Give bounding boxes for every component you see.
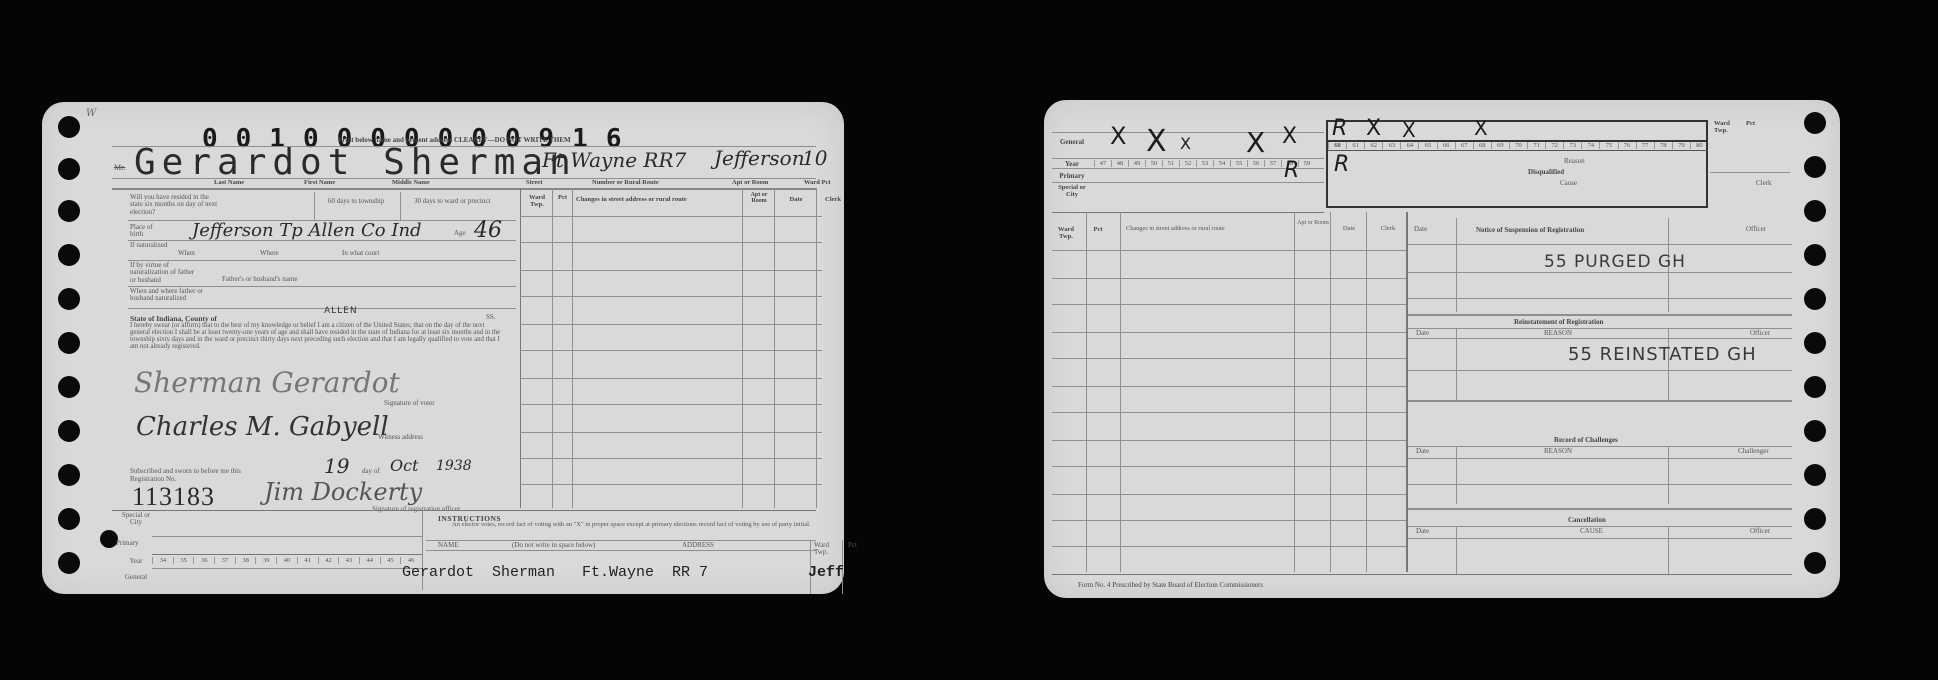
label-last-name: Last Name — [214, 179, 244, 186]
naturalized-when: When — [178, 250, 195, 257]
punch-hole — [1804, 420, 1826, 442]
officer-signature: Jim Dockerty — [264, 478, 422, 506]
back-voting-grid-right — [1326, 120, 1708, 208]
year-cell: 34 — [152, 557, 173, 564]
year-cell: 79 — [1672, 142, 1690, 149]
year-cell: 75 — [1599, 142, 1617, 149]
year-cell: 35 — [173, 557, 194, 564]
year-cell: 47 — [1094, 160, 1111, 167]
year-cell: 45 — [380, 557, 401, 564]
oath-county: ALLEN — [324, 306, 358, 316]
challenges-date-label: Date — [1416, 448, 1429, 455]
changes-header-pct: Pct — [553, 194, 572, 201]
challenges-challenger-label: Challenger — [1738, 448, 1769, 455]
punch-hole — [58, 332, 80, 354]
year-cell: 68 — [1473, 142, 1491, 149]
challenges-title: Record of Challenges — [1554, 436, 1618, 444]
year-cell: 77 — [1636, 142, 1654, 149]
subscribed-year: 1938 — [436, 458, 472, 474]
birth-label: Place of birth — [130, 224, 160, 239]
instructions-text: An elector votes, record fact of voting … — [452, 522, 832, 529]
year-cell: 80 — [1690, 142, 1708, 149]
year-cell: 72 — [1545, 142, 1563, 149]
vote-mark: X — [1282, 124, 1297, 149]
punch-hole — [58, 288, 80, 310]
grid-label-year: Year — [116, 558, 156, 565]
changes-header-date: Date — [776, 196, 816, 203]
cancellation-officer-label: Officer — [1750, 528, 1770, 535]
punch-hole — [1804, 376, 1826, 398]
changes-header-clerk: Clerk — [818, 196, 848, 203]
pct-label: Pct — [848, 542, 857, 549]
punch-hole — [58, 158, 80, 180]
label-street: Street — [526, 179, 542, 186]
punch-hole — [58, 376, 80, 398]
label-number: Number or Rural Route — [592, 179, 659, 186]
challenges-reason-label: REASON — [1544, 448, 1572, 455]
punch-hole — [1804, 288, 1826, 310]
year-cell: 50 — [1145, 160, 1162, 167]
label-ward-pct: Ward Pct — [804, 179, 831, 186]
year-cell: 60 — [1328, 142, 1346, 149]
label-apt: Apt or Room — [732, 179, 768, 186]
grid-label-primary: Primary — [116, 540, 156, 547]
father-status: If by virtue of naturalization of father… — [130, 262, 198, 284]
handwritten-ward-pct: 10 — [802, 146, 827, 170]
back-changes-header-apt: Apt or Room — [1296, 220, 1330, 226]
subscribed-label: Subscribed and sworn to before me this — [130, 467, 241, 475]
residency-ward: 30 days to ward or precinct — [414, 198, 494, 205]
name-prefix: Mr. — [114, 164, 125, 172]
cause-label: Cause — [1560, 180, 1577, 187]
birth-place: Jefferson Tp Allen Co Ind — [192, 220, 422, 241]
year-cell: 42 — [318, 557, 339, 564]
naturalized-label: If naturalized — [130, 242, 170, 249]
naturalized-where: Where — [260, 250, 279, 257]
punch-hole — [58, 420, 80, 442]
changes-header-apt: Apt or Room — [744, 192, 774, 204]
year-cell: 63 — [1382, 142, 1400, 149]
reinstatement-title: Reinstatement of Registration — [1514, 318, 1603, 326]
reason-label: Reason — [1564, 158, 1585, 165]
grid-label-special: Special or City — [116, 512, 156, 527]
reinstatement-date-label: Date — [1416, 330, 1429, 337]
cancellation-cause-label: CAUSE — [1580, 528, 1603, 535]
punch-hole — [1804, 200, 1826, 222]
back-clerk: Clerk — [1756, 180, 1772, 187]
handwritten-street: Ft Wayne RR7 — [542, 148, 686, 172]
back-grid-label-primary: Primary — [1052, 172, 1092, 180]
year-cell: 64 — [1400, 142, 1418, 149]
cancellation-date-label: Date — [1416, 528, 1429, 535]
year-cell: 49 — [1128, 160, 1145, 167]
cancellation-title: Cancellation — [1568, 516, 1606, 524]
voter-signature: Sherman Gerardot — [134, 366, 400, 399]
year-cell: 37 — [214, 557, 235, 564]
do-not-write-label: (Do not write in space below) — [512, 542, 595, 549]
typed-township: Jeff — [808, 564, 844, 581]
year-cell: 40 — [276, 557, 297, 564]
year-cell: 46 — [400, 557, 421, 564]
reinstatement-officer-label: Officer — [1750, 330, 1770, 337]
suspension-stamp: 55 PURGED GH — [1544, 252, 1686, 272]
suspension-date-label: Date — [1414, 226, 1427, 233]
witness-label: Witness address — [378, 434, 423, 441]
year-cell: 61 — [1346, 142, 1364, 149]
vote-mark: X — [1110, 122, 1126, 150]
year-cell: 43 — [338, 557, 359, 564]
registration-card-back: General Year Primary Special or City 47 … — [1044, 100, 1840, 598]
front-year-row: 34 35 36 37 38 39 40 41 42 43 44 45 46 — [152, 557, 422, 564]
punch-hole — [1804, 332, 1826, 354]
registration-card-front: W 0010000000916 Print below name and pre… — [42, 102, 844, 594]
grid-label-general: General — [116, 574, 156, 581]
punch-hole — [58, 116, 80, 138]
registration-number: 113183 — [132, 482, 215, 512]
back-changes-header-pct: Pct — [1086, 226, 1110, 233]
punch-hole — [1804, 156, 1826, 178]
year-cell: 53 — [1196, 160, 1213, 167]
label-first-name: First Name — [304, 179, 335, 186]
handwritten-township: Jefferson — [714, 146, 805, 170]
vote-mark: X — [1366, 116, 1381, 141]
year-cell: 71 — [1527, 142, 1545, 149]
punch-hole — [1804, 552, 1826, 574]
back-pct: Pct — [1746, 120, 1755, 127]
vote-mark: X — [1402, 118, 1416, 142]
changes-header-address: Changes in street address or rural route — [576, 196, 740, 203]
subscribed-month: Oct — [390, 456, 419, 475]
form-footer: Form No. 4 Prescribed by State Board of … — [1078, 582, 1263, 589]
primary-mark: R — [1284, 158, 1299, 183]
year-cell: 78 — [1654, 142, 1672, 149]
year-cell: 74 — [1581, 142, 1599, 149]
punch-hole — [58, 200, 80, 222]
address-label: ADDRESS — [682, 542, 714, 549]
year-cell: 70 — [1509, 142, 1527, 149]
oath-text: I hereby swear (or affirm) that to the b… — [130, 322, 506, 351]
year-cell: 69 — [1491, 142, 1509, 149]
year-cell: 39 — [255, 557, 276, 564]
punch-hole — [1804, 508, 1826, 530]
vote-mark: X — [1246, 126, 1265, 159]
father-when-where: When and where father or husband natural… — [130, 288, 224, 303]
changes-header-ward: Ward Twp. — [522, 194, 552, 208]
typed-address: Ft.Wayne RR 7 — [582, 564, 708, 581]
corner-mark: W — [86, 108, 96, 119]
handwritten-name: Gerardot Sherman — [134, 142, 577, 183]
year-cell: 52 — [1179, 160, 1196, 167]
reinstatement-stamp: 55 REINSTATED GH — [1568, 344, 1757, 365]
back-grid-label-year: Year — [1052, 160, 1092, 168]
primary-mark: R — [1334, 152, 1349, 177]
punch-hole — [1804, 244, 1826, 266]
naturalized-court: In what court — [342, 250, 379, 257]
back-year-row-left: 47 48 49 50 51 52 53 54 55 56 57 58 59 — [1094, 160, 1316, 167]
subscribed-day: 19 — [324, 454, 349, 478]
year-cell: 44 — [359, 557, 380, 564]
back-ward-twp: Ward Twp. — [1714, 120, 1738, 134]
year-cell: 55 — [1230, 160, 1247, 167]
age-label: Age — [454, 230, 466, 237]
year-cell: 41 — [297, 557, 318, 564]
year-cell: 56 — [1247, 160, 1264, 167]
year-cell: 59 — [1298, 160, 1315, 167]
reinstatement-reason-label: REASON — [1544, 330, 1572, 337]
year-cell: 67 — [1455, 142, 1473, 149]
year-cell: 65 — [1418, 142, 1436, 149]
year-cell: 48 — [1111, 160, 1128, 167]
ward-twp-label: Ward Twp. — [814, 542, 840, 557]
suspension-officer-label: Officer — [1746, 226, 1766, 233]
residency-township: 60 days to township — [328, 198, 388, 205]
year-cell: 36 — [193, 557, 214, 564]
vote-mark: X — [1146, 124, 1167, 159]
back-year-row-right: 60 61 62 63 64 65 66 67 68 69 70 71 72 7… — [1328, 142, 1708, 149]
typed-name: Gerardot Sherman — [402, 564, 555, 581]
back-changes-header-date: Date — [1332, 226, 1366, 233]
label-middle-name: Middle Name — [392, 179, 430, 186]
witness-signature: Charles M. Gabyell — [136, 412, 389, 442]
name-label: NAME — [438, 542, 459, 549]
back-grid-label-special: Special or City — [1052, 184, 1092, 198]
year-cell: 51 — [1162, 160, 1179, 167]
back-grid-label-general: General — [1052, 138, 1092, 146]
back-changes-header-clerk: Clerk — [1368, 226, 1408, 233]
punch-hole — [58, 508, 80, 530]
year-cell: 73 — [1563, 142, 1581, 149]
oath-ss: SS. — [486, 314, 496, 321]
year-cell: 54 — [1213, 160, 1230, 167]
year-cell: 38 — [235, 557, 256, 564]
subscribed-day-of: day of — [362, 468, 380, 475]
back-changes-header-address: Changes in street address or rural route — [1126, 226, 1296, 233]
back-changes-header-ward: Ward Twp. — [1052, 226, 1080, 240]
vote-mark: R — [1332, 116, 1347, 141]
vote-mark: X — [1474, 116, 1488, 140]
punch-hole — [58, 464, 80, 486]
vote-mark: X — [1180, 134, 1191, 153]
year-cell: 76 — [1618, 142, 1636, 149]
suspension-title: Notice of Suspension of Registration — [1476, 226, 1584, 234]
punch-hole — [58, 244, 80, 266]
disqualified-label: Disqualified — [1528, 168, 1564, 176]
punch-hole — [1804, 464, 1826, 486]
year-cell: 57 — [1264, 160, 1281, 167]
voter-signature-label: Signature of voter — [384, 400, 435, 407]
year-cell: 62 — [1364, 142, 1382, 149]
punch-hole — [1804, 112, 1826, 134]
punch-hole — [58, 552, 80, 574]
father-name-label: Father's or husband's name — [222, 276, 297, 283]
residency-state-question: Will you have resided in the state six m… — [130, 194, 220, 216]
year-cell: 66 — [1437, 142, 1455, 149]
